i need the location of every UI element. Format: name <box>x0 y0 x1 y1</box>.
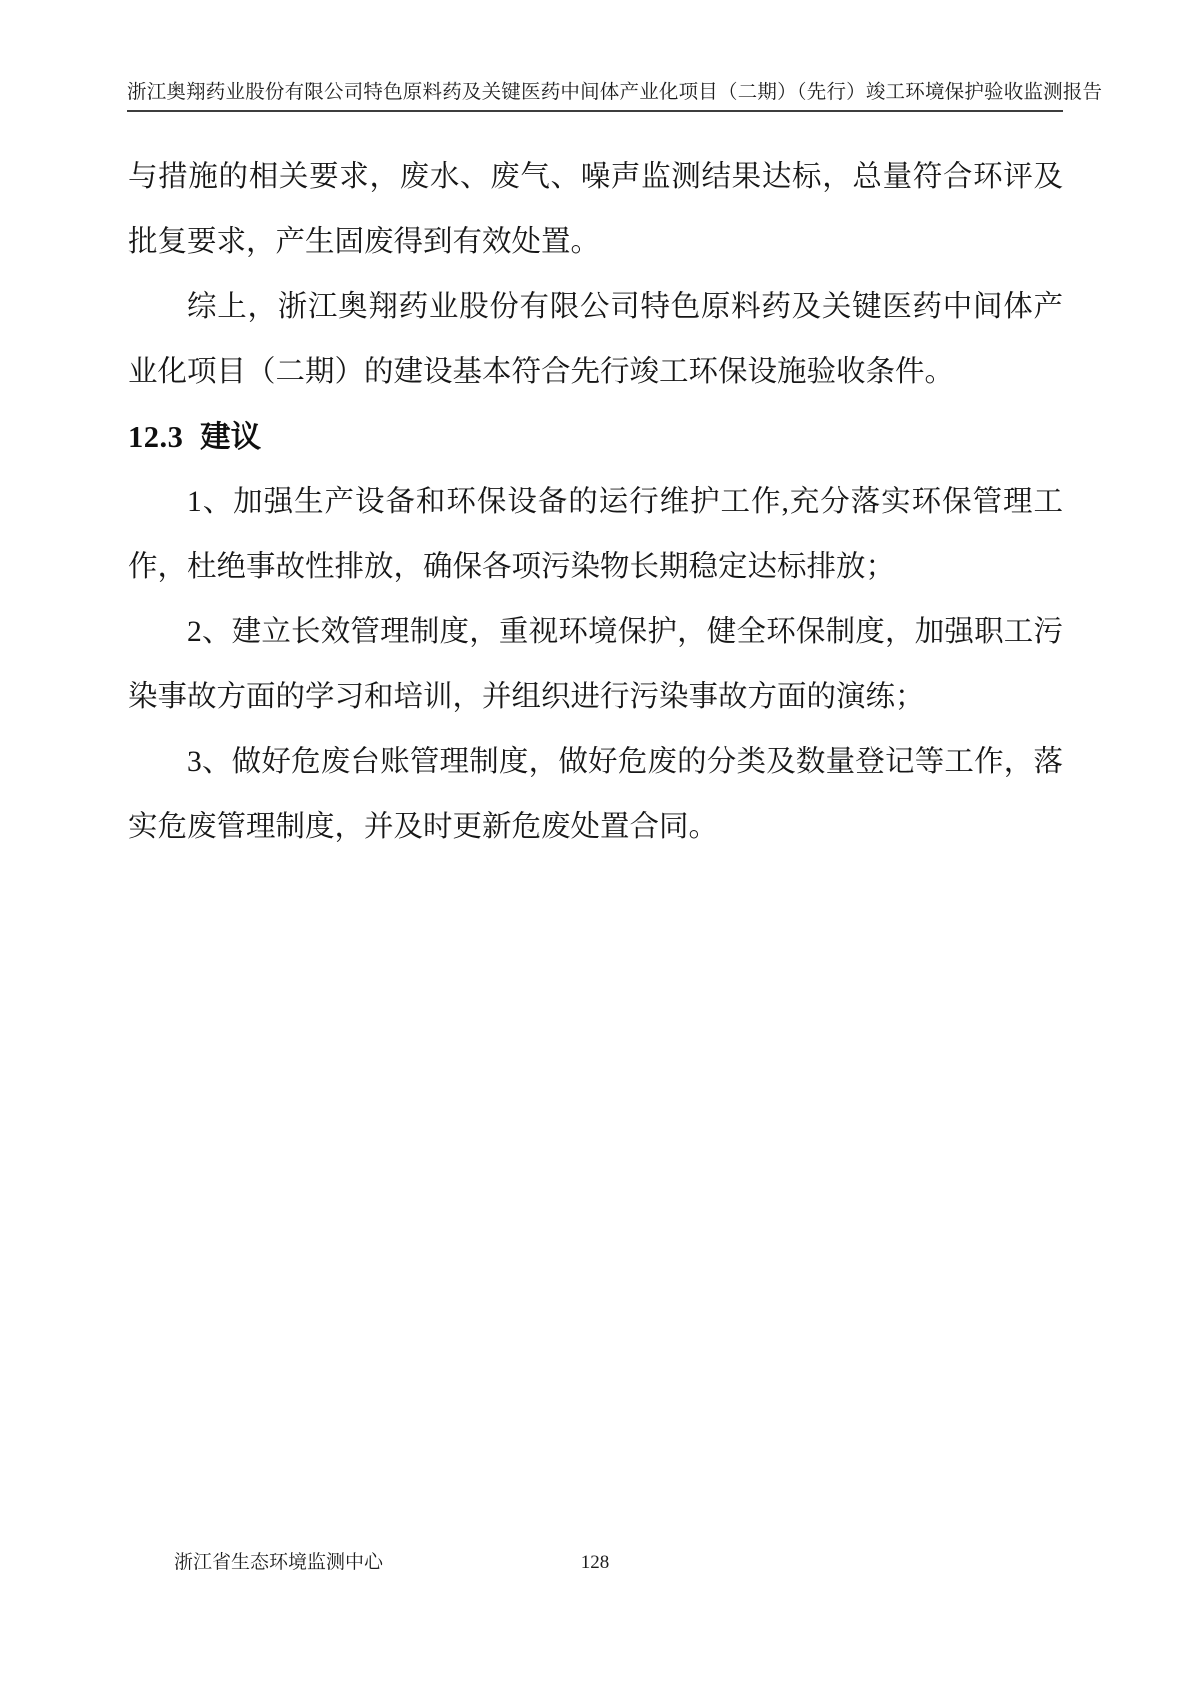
section-heading: 12.3建议 <box>128 405 1063 470</box>
paragraph-summary: 综上，浙江奥翔药业股份有限公司特色原料药及关键医药中间体产业化项目（二期）的建设… <box>128 275 1063 405</box>
suggestion-item-3: 3、做好危废台账管理制度，做好危废的分类及数量登记等工作，落实危废管理制度，并及… <box>128 730 1063 860</box>
document-body: 与措施的相关要求，废水、废气、噪声监测结果达标，总量符合环评及批复要求，产生固废… <box>128 145 1063 860</box>
section-number: 12.3 <box>128 420 183 454</box>
header-rule <box>127 110 1063 112</box>
suggestion-item-1: 1、加强生产设备和环保设备的运行维护工作,充分落实环保管理工作，杜绝事故性排放，… <box>128 470 1063 600</box>
section-title: 建议 <box>200 420 261 454</box>
page-number: 128 <box>581 1550 610 1576</box>
document-page: 浙江奥翔药业股份有限公司特色原料药及关键医药中间体产业化项目（二期）（先行）竣工… <box>0 0 1190 1683</box>
page-header: 浙江奥翔药业股份有限公司特色原料药及关键医药中间体产业化项目（二期）（先行）竣工… <box>127 82 1063 112</box>
footer-organization: 浙江省生态环境监测中心 <box>174 1550 383 1576</box>
paragraph-continued: 与措施的相关要求，废水、废气、噪声监测结果达标，总量符合环评及批复要求，产生固废… <box>128 145 1063 275</box>
page-footer: 浙江省生态环境监测中心 128 <box>128 1550 1062 1580</box>
running-head-title: 浙江奥翔药业股份有限公司特色原料药及关键医药中间体产业化项目（二期）（先行）竣工… <box>127 82 1063 104</box>
suggestion-item-2: 2、建立长效管理制度，重视环境保护，健全环保制度，加强职工污染事故方面的学习和培… <box>128 600 1063 730</box>
